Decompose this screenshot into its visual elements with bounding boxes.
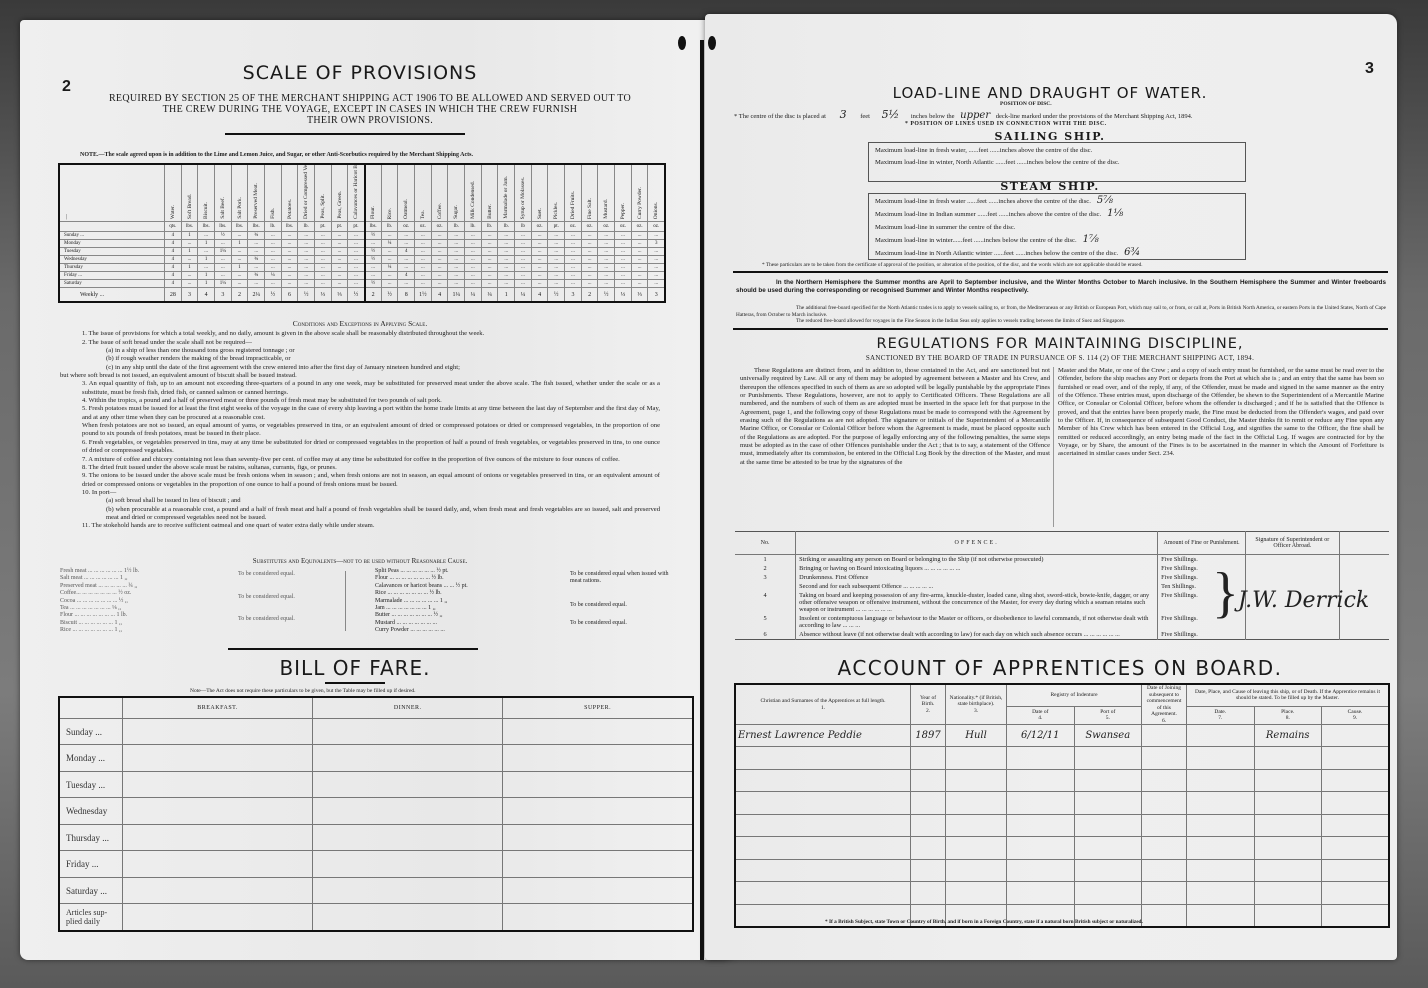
apprentice-entry-cell[interactable]: [946, 882, 1007, 905]
substitute-item: Rice ... ... ... ... ... ... ... 1 ,,: [60, 627, 235, 634]
apprentice-entry-cell[interactable]: [735, 882, 911, 905]
fare-entry-cell[interactable]: [313, 904, 503, 931]
weekly-cell: 3: [648, 288, 665, 303]
apprentice-empty-row: [735, 769, 1389, 792]
apprentice-entry-cell[interactable]: [1074, 769, 1142, 792]
provision-column-header: Calavances or Haricot Beans.: [348, 164, 365, 222]
apprentice-entry-cell[interactable]: [1187, 904, 1255, 927]
provisions-subtitle: REQUIRED BY SECTION 25 OF THE MERCHANT S…: [75, 93, 665, 126]
ration-cell: ...: [381, 272, 398, 280]
substitute-item: Marmalade ... ... ... ... ... ... 1 ,,: [375, 598, 555, 605]
apprentice-entry-cell[interactable]: [1254, 792, 1322, 815]
ration-cell: ...: [465, 256, 482, 264]
handwritten-value: 1⅞: [1083, 234, 1099, 245]
indian-seas-note: The reduced free-board allowed for voyag…: [796, 318, 1125, 324]
fare-entry-cell[interactable]: [313, 824, 503, 850]
apprentice-leave-cause[interactable]: [1322, 725, 1390, 747]
apprentice-entry-cell[interactable]: [1007, 792, 1075, 815]
apprentice-entry-cell[interactable]: [1187, 882, 1255, 905]
apprentice-reg-port[interactable]: Swansea: [1074, 725, 1142, 747]
apprentice-entry-cell[interactable]: [1142, 769, 1187, 792]
ration-cell: ...: [448, 248, 465, 256]
fare-entry-cell[interactable]: [503, 798, 693, 824]
ration-cell: ...: [548, 280, 565, 288]
col-leave-date: Date.7.: [1187, 706, 1255, 724]
apprentice-entry-cell[interactable]: [1187, 837, 1255, 860]
ration-cell: ...: [498, 272, 515, 280]
apprentice-name[interactable]: Ernest Lawrence Peddie: [735, 725, 911, 747]
unit-cell: pt.: [331, 222, 348, 232]
ration-cell: 4: [165, 272, 182, 280]
col-offence: OFFENCE.: [796, 532, 1158, 555]
ration-cell: ...: [181, 256, 198, 264]
offences-table: No. OFFENCE. Amount of Fine or Punishmen…: [735, 531, 1389, 640]
provision-day-row: Tuesday41...1¼........................½.…: [59, 248, 665, 256]
apprentice-entry-cell[interactable]: [1187, 792, 1255, 815]
apprentice-entry-cell[interactable]: [1254, 904, 1322, 927]
apprentice-entry-cell[interactable]: [1142, 859, 1187, 882]
ration-cell: ...: [548, 272, 565, 280]
fare-row: Articles sup-plied daily: [59, 904, 693, 931]
apprentice-entry-cell[interactable]: [1254, 859, 1322, 882]
day-label: Saturday: [59, 280, 165, 288]
weekly-cell: 1: [498, 288, 515, 303]
apprentice-entry-cell[interactable]: [911, 859, 946, 882]
handwritten-value: 6¾: [1124, 247, 1140, 258]
fare-day-label: Saturday ...: [59, 877, 123, 903]
ration-cell: ...: [298, 272, 315, 280]
column-divider: [1053, 367, 1054, 527]
divider: [345, 571, 346, 631]
ration-cell: ...: [598, 280, 615, 288]
weekly-cell: 8: [398, 288, 415, 303]
apprentice-entry-cell[interactable]: [1322, 792, 1390, 815]
substitute-item: Rice ... ... ... ... ... ... ... ½ lb.: [375, 590, 555, 597]
ration-cell: ...: [348, 256, 365, 264]
ration-cell: ...: [248, 248, 265, 256]
apprentice-entry-cell[interactable]: [1322, 859, 1390, 882]
fare-entry-cell[interactable]: [123, 851, 313, 877]
offence-row: 3Drunkenness. First OffenceFive Shilling…: [735, 573, 1389, 582]
ration-cell: ...: [281, 272, 298, 280]
offence-text: Taking on board and keeping possession o…: [796, 591, 1158, 614]
ration-cell: ...: [315, 240, 332, 248]
weekly-cell: 2: [581, 288, 598, 303]
offence-no: 2: [735, 564, 796, 573]
apprentice-entry-cell[interactable]: [1187, 769, 1255, 792]
condition-paragraph: 7. A mixture of coffee and chicory conta…: [60, 456, 660, 464]
ration-cell: ½: [215, 232, 232, 240]
apprentice-entry-cell[interactable]: [911, 769, 946, 792]
fare-entry-cell[interactable]: [503, 877, 693, 903]
apprentice-entry-cell[interactable]: [735, 859, 911, 882]
subtitle-line-1: REQUIRED BY SECTION 25 OF THE MERCHANT S…: [75, 93, 665, 104]
ration-cell: ...: [481, 280, 498, 288]
ration-cell: ...: [631, 232, 648, 240]
apprentice-entry-cell[interactable]: [1322, 837, 1390, 860]
ration-cell: ...: [615, 232, 632, 240]
ration-cell: ...: [531, 240, 548, 248]
weekly-cell: 4: [198, 288, 215, 303]
ration-cell: ...: [331, 232, 348, 240]
ration-cell: ...: [565, 280, 582, 288]
ration-cell: ...: [565, 264, 582, 272]
provisions-note: NOTE.—The scale agreed upon is in additi…: [80, 152, 473, 158]
apprentice-entry-cell[interactable]: [1074, 814, 1142, 837]
ration-cell: ...: [298, 280, 315, 288]
fare-entry-cell[interactable]: [503, 851, 693, 877]
fare-day-label: Thursday ...: [59, 824, 123, 850]
ration-cell: ...: [348, 264, 365, 272]
ration-cell: 1: [231, 264, 248, 272]
fare-entry-cell[interactable]: [313, 851, 503, 877]
ration-cell: ...: [431, 280, 448, 288]
weekly-total-row: Weekly ...2834322¼½6½⅓⅓½2½81½41¼¼¼1¼4½32…: [59, 288, 665, 303]
ration-cell: ...: [481, 256, 498, 264]
condition-paragraph: (b) if rough weather renders the making …: [60, 355, 660, 363]
apprentice-leave-date[interactable]: [1187, 725, 1255, 747]
ration-cell: ...: [448, 264, 465, 272]
ration-cell: ...: [265, 280, 282, 288]
substitute-item: Flour ... ... ... ... ... ... ... ½ lb.: [375, 575, 555, 582]
provision-day-row: Saturday4...11¼........................½…: [59, 280, 665, 288]
apprentice-entry-cell[interactable]: [911, 814, 946, 837]
apprentice-entry-cell[interactable]: [1254, 814, 1322, 837]
offence-row: 6Absence without leave (if not otherwise…: [735, 630, 1389, 640]
ration-cell: ...: [481, 248, 498, 256]
condition-paragraph: 3. An equal quantity of fish, up to an a…: [60, 380, 660, 397]
steam-ship-box: Maximum load-line in fresh water ......f…: [868, 193, 1246, 260]
fare-entry-cell[interactable]: [123, 798, 313, 824]
col-joining: Date of Joining subsequent to commenceme…: [1142, 684, 1187, 725]
provision-column-header: Syrup or Molasses.: [515, 164, 532, 222]
ration-cell: ...: [615, 272, 632, 280]
fare-entry-cell[interactable]: [313, 719, 503, 745]
condition-paragraph: 11. The stokehold hands are to receive s…: [60, 522, 660, 530]
offence-no: 5: [735, 614, 796, 630]
ration-cell: ...: [631, 256, 648, 264]
unit-cell: lb.: [381, 222, 398, 232]
unit-cell: lbs.: [248, 222, 265, 232]
substitute-item: Biscuit ... ... ... ... ... ... 1 ,,: [60, 620, 235, 627]
ration-cell: ½: [365, 232, 382, 240]
meal-column-header: BREAKFAST.: [123, 697, 313, 719]
ration-cell: ¾: [248, 256, 265, 264]
ration-cell: ...: [348, 248, 365, 256]
condition-paragraph: (c) in any ship until the date of the fi…: [60, 364, 660, 372]
weekly-cell: 2: [231, 288, 248, 303]
condition-paragraph: 6. Fresh vegetables, or vegetables prese…: [60, 439, 660, 456]
ration-cell: ...: [331, 248, 348, 256]
ration-cell: ...: [481, 264, 498, 272]
apprentice-entry-cell[interactable]: [1007, 747, 1075, 770]
ration-cell: ...: [598, 256, 615, 264]
apprentice-empty-row: [735, 792, 1389, 815]
ration-cell: ...: [415, 272, 432, 280]
ration-cell: ...: [331, 272, 348, 280]
ration-cell: ...: [381, 232, 398, 240]
ration-cell: ...: [631, 280, 648, 288]
apprentice-entry-cell[interactable]: [1142, 792, 1187, 815]
ration-cell: ...: [348, 232, 365, 240]
ration-cell: ...: [531, 272, 548, 280]
ration-cell: ...: [431, 240, 448, 248]
apprentice-row: Ernest Lawrence Peddie1897Hull6/12/11Swa…: [735, 725, 1389, 747]
load-line-footnote: * These particulars are to be taken from…: [762, 262, 1143, 268]
ration-cell: ...: [598, 240, 615, 248]
ration-cell: ...: [265, 256, 282, 264]
fare-entry-cell[interactable]: [123, 904, 313, 931]
apprentice-entry-cell[interactable]: [946, 837, 1007, 860]
apprentice-entry-cell[interactable]: [1322, 904, 1390, 927]
ration-cell: ...: [498, 280, 515, 288]
weekly-cell: 1½: [415, 288, 432, 303]
apprentice-leave-place[interactable]: Remains: [1254, 725, 1322, 747]
superintendent-signature: J.W. Derrick: [1238, 588, 1369, 613]
apprentice-entry-cell[interactable]: [1142, 837, 1187, 860]
unit-cell: lbs.: [281, 222, 298, 232]
fare-entry-cell[interactable]: [123, 719, 313, 745]
col-leave-place: Place.8.: [1254, 706, 1322, 724]
fare-entry-cell[interactable]: [503, 824, 693, 850]
apprentice-nationality[interactable]: Hull: [946, 725, 1007, 747]
provision-column-header: Soft Bread.: [181, 164, 198, 222]
ration-cell: ...: [531, 264, 548, 272]
apprentice-entry-cell[interactable]: [1254, 747, 1322, 770]
ration-cell: 1: [181, 264, 198, 272]
condition-paragraph: but where soft bread is not issued, an e…: [60, 372, 660, 380]
ration-cell: 1: [198, 272, 215, 280]
fare-entry-cell[interactable]: [503, 771, 693, 797]
offence-no: 4: [735, 591, 796, 614]
unit-cell: lb.: [448, 222, 465, 232]
apprentice-entry-cell[interactable]: [946, 859, 1007, 882]
apprentice-entry-cell[interactable]: [1187, 814, 1255, 837]
apprentices-footnote: * If a British Subject, state Town or Co…: [825, 919, 1143, 925]
handwritten-value: 5⅞: [1097, 195, 1113, 206]
fare-entry-cell[interactable]: [123, 877, 313, 903]
ration-cell: ...: [431, 232, 448, 240]
apprentice-entry-cell[interactable]: [946, 769, 1007, 792]
ration-cell: ...: [315, 232, 332, 240]
ration-cell: 3: [648, 240, 665, 248]
apprentice-entry-cell[interactable]: [1254, 769, 1322, 792]
ration-cell: ...: [248, 264, 265, 272]
ration-cell: ...: [448, 280, 465, 288]
provision-column-header: Flour.: [365, 164, 382, 222]
apprentice-entry-cell[interactable]: [735, 747, 911, 770]
ration-cell: ...: [198, 264, 215, 272]
ration-cell: ...: [648, 280, 665, 288]
ration-cell: ...: [548, 240, 565, 248]
apprentice-entry-cell[interactable]: [1007, 769, 1075, 792]
apprentice-entry-cell[interactable]: [1187, 859, 1255, 882]
apprentice-entry-cell[interactable]: [911, 747, 946, 770]
ration-cell: ...: [281, 240, 298, 248]
apprentice-entry-cell[interactable]: [1142, 747, 1187, 770]
ration-cell: 1: [198, 240, 215, 248]
bill-of-fare-note: Note—The Act does not require these part…: [190, 688, 416, 694]
apprentice-entry-cell[interactable]: [1074, 882, 1142, 905]
apprentice-entry-cell[interactable]: [1187, 747, 1255, 770]
apprentice-entry-cell[interactable]: [1074, 792, 1142, 815]
meal-column-header: DINNER.: [313, 697, 503, 719]
offence-no: 3: [735, 573, 796, 582]
ration-cell: ...: [631, 248, 648, 256]
apprentice-year[interactable]: 1897: [911, 725, 946, 747]
ration-cell: ...: [365, 240, 382, 248]
fare-entry-cell[interactable]: [313, 745, 503, 771]
brace-icon: }: [1212, 565, 1239, 621]
apprentice-entry-cell[interactable]: [911, 837, 946, 860]
ration-cell: ...: [231, 232, 248, 240]
apprentice-entry-cell[interactable]: [946, 814, 1007, 837]
unit-cell: pt.: [548, 222, 565, 232]
equal-label: To be considered equal when issued with …: [570, 571, 670, 585]
ration-cell: ...: [398, 280, 415, 288]
fare-entry-cell[interactable]: [313, 771, 503, 797]
ration-cell: ½: [365, 248, 382, 256]
apprentice-entry-cell[interactable]: [1322, 769, 1390, 792]
ration-cell: ...: [581, 256, 598, 264]
ration-cell: ...: [298, 240, 315, 248]
apprentice-entry-cell[interactable]: [735, 837, 911, 860]
condition-paragraph: 1. The issue of provisions for which a t…: [60, 330, 660, 338]
ration-cell: 1: [181, 248, 198, 256]
page-number-right: 3: [1365, 60, 1374, 78]
ration-cell: ...: [398, 232, 415, 240]
fare-entry-cell[interactable]: [503, 904, 693, 931]
apprentice-reg-date[interactable]: 6/12/11: [1007, 725, 1075, 747]
apprentice-empty-row: [735, 814, 1389, 837]
ration-cell: ...: [615, 280, 632, 288]
fare-entry-cell[interactable]: [503, 745, 693, 771]
provision-column-header: Butter.: [481, 164, 498, 222]
ration-cell: ...: [265, 264, 282, 272]
weekly-cell: ⅓: [315, 288, 332, 303]
fare-entry-cell[interactable]: [313, 877, 503, 903]
apprentice-entry-cell[interactable]: [946, 792, 1007, 815]
apprentice-entry-cell[interactable]: [1074, 837, 1142, 860]
disc-deck-value: upper: [956, 110, 994, 121]
ration-cell: ¼: [381, 240, 398, 248]
subtitle-line-3: THEIR OWN PROVISIONS.: [75, 115, 665, 126]
apprentice-entry-cell[interactable]: [735, 814, 911, 837]
condition-paragraph: (b) when procurable at a reasonable cost…: [60, 506, 660, 523]
fare-entry-cell[interactable]: [123, 771, 313, 797]
weekly-cell: ¼: [481, 288, 498, 303]
fare-entry-cell[interactable]: [503, 719, 693, 745]
offence-no: 1: [735, 555, 796, 565]
weekly-cell: 3: [565, 288, 582, 303]
weekly-cell: ½: [548, 288, 565, 303]
apprentice-joining[interactable]: [1142, 725, 1187, 747]
ration-cell: 4: [165, 248, 182, 256]
binding-hole-icon: [678, 36, 686, 50]
ration-cell: ...: [431, 248, 448, 256]
offence-fine: Five Shillings.: [1158, 630, 1246, 640]
ration-cell: ...: [515, 240, 532, 248]
steam-load-line: Maximum load-line in summer the centre o…: [869, 222, 1245, 234]
substitute-item: Flour ... ... ... ... ... ... ... 1 lb.: [60, 612, 235, 619]
apprentice-entry-cell[interactable]: [1074, 747, 1142, 770]
weekly-cell: 4: [531, 288, 548, 303]
ration-cell: ...: [281, 232, 298, 240]
fare-entry-cell[interactable]: [123, 824, 313, 850]
ration-cell: 1¼: [215, 280, 232, 288]
ration-cell: ¼: [265, 272, 282, 280]
ration-cell: ...: [581, 272, 598, 280]
ration-cell: ...: [631, 272, 648, 280]
weekly-cell: ½: [298, 288, 315, 303]
apprentice-entry-cell[interactable]: [1007, 859, 1075, 882]
ration-cell: ...: [365, 264, 382, 272]
apprentice-entry-cell[interactable]: [1322, 747, 1390, 770]
ration-cell: ...: [565, 256, 582, 264]
ration-cell: ...: [398, 240, 415, 248]
apprentice-entry-cell[interactable]: [1254, 837, 1322, 860]
apprentice-entry-cell[interactable]: [1322, 882, 1390, 905]
ration-cell: ...: [231, 256, 248, 264]
weekly-cell: 1¼: [448, 288, 465, 303]
fare-entry-cell[interactable]: [123, 745, 313, 771]
apprentice-entry-cell[interactable]: [735, 792, 911, 815]
apprentice-entry-cell[interactable]: [1074, 859, 1142, 882]
provision-column-header: Onions.: [648, 164, 665, 222]
ration-cell: ...: [465, 264, 482, 272]
steam-ship-heading: STEAM SHIP.: [930, 180, 1170, 193]
ration-cell: ...: [581, 248, 598, 256]
apprentice-entry-cell[interactable]: [735, 769, 911, 792]
apprentice-entry-cell[interactable]: [1142, 904, 1187, 927]
ration-cell: ...: [198, 232, 215, 240]
provision-column-header: Tea.: [415, 164, 432, 222]
apprentice-entry-cell[interactable]: [1142, 882, 1187, 905]
apprentice-entry-cell[interactable]: [1142, 814, 1187, 837]
ration-cell: ...: [415, 240, 432, 248]
ration-cell: ...: [515, 272, 532, 280]
conditions-heading: Conditions and Exceptions in Applying Sc…: [60, 320, 660, 328]
offence-text: Striking or assaulting any person on Boa…: [796, 555, 1158, 565]
apprentice-entry-cell[interactable]: [1007, 814, 1075, 837]
provision-column-header: Salt Pork.: [231, 164, 248, 222]
apprentice-entry-cell[interactable]: [1007, 882, 1075, 905]
apprentice-entry-cell[interactable]: [911, 882, 946, 905]
unit-cell: oz.: [431, 222, 448, 232]
apprentice-entry-cell[interactable]: [1254, 882, 1322, 905]
apprentice-entry-cell[interactable]: [1007, 837, 1075, 860]
weekly-label: Weekly ...: [59, 288, 165, 303]
condition-paragraph: (a) in a ship of less than one thousand …: [60, 347, 660, 355]
ration-cell: ...: [198, 248, 215, 256]
ration-cell: ...: [298, 264, 315, 272]
provision-column-header: Marmalade or Jam.: [498, 164, 515, 222]
ration-cell: ...: [448, 272, 465, 280]
unit-cell: oz.: [398, 222, 415, 232]
apprentice-entry-cell[interactable]: [1322, 814, 1390, 837]
ration-cell: ...: [398, 256, 415, 264]
day-label: Sunday ...: [59, 232, 165, 240]
ration-cell: ...: [515, 232, 532, 240]
unit-cell: lbs.: [215, 222, 232, 232]
unit-cell: lb.: [265, 222, 282, 232]
ration-cell: ...: [348, 240, 365, 248]
apprentice-entry-cell[interactable]: [911, 792, 946, 815]
ration-cell: ...: [581, 232, 598, 240]
ration-cell: ...: [298, 232, 315, 240]
fare-entry-cell[interactable]: [313, 798, 503, 824]
apprentice-entry-cell[interactable]: [946, 747, 1007, 770]
